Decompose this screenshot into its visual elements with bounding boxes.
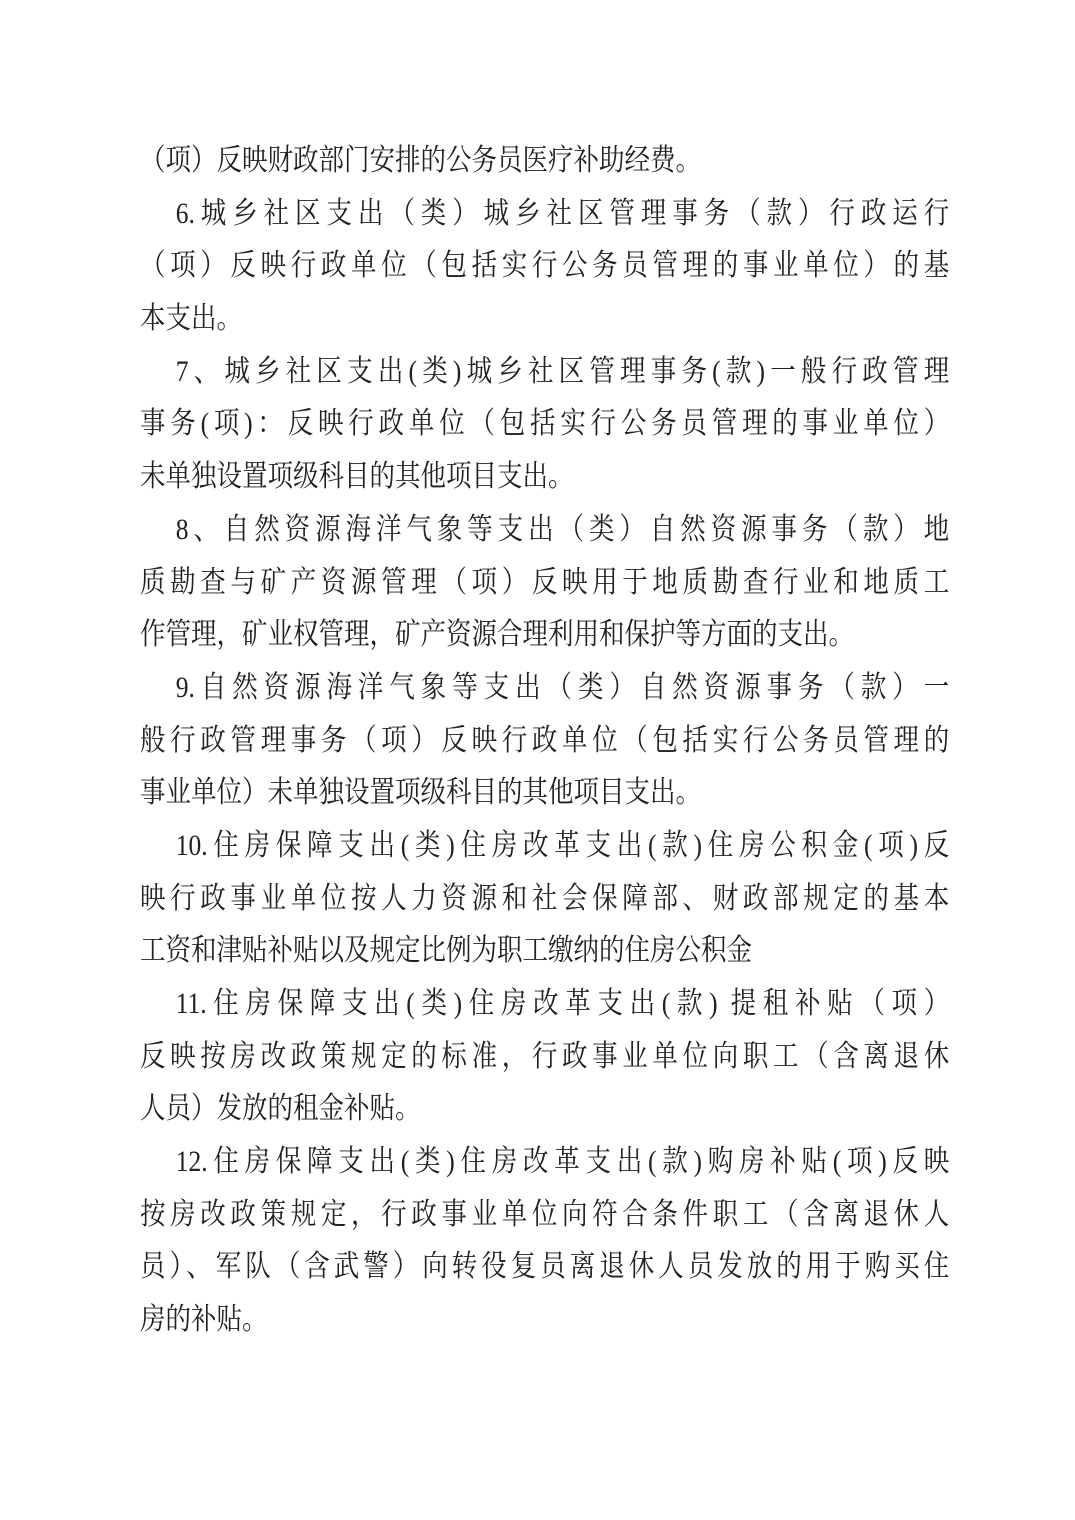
- text-line: 未单独设置项级科目的其他项目支出。: [140, 451, 949, 504]
- text-line: 工资和津贴补贴以及规定比例为职工缴纳的住房公积金: [140, 925, 949, 978]
- text-line: 11.住房保障支出(类)住房改革支出(款) 提租补贴（项）: [140, 978, 949, 1031]
- text-line: 员）、军队（含武警）向转役复员离退休人员发放的用于购买住: [140, 1241, 949, 1294]
- text-line: 6.城乡社区支出（类）城乡社区管理事务（款）行政运行: [140, 188, 949, 241]
- text-line: 作管理，矿业权管理，矿产资源合理利用和保护等方面的支出。: [140, 609, 949, 662]
- text-line: （项）反映行政单位（包括实行公务员管理的事业单位）的基: [140, 240, 949, 293]
- text-line: 反映按房改政策规定的标准，行政事业单位向职工（含离退休: [140, 1031, 949, 1084]
- text-line: 质勘查与矿产资源管理（项）反映用于地质勘查行业和地质工: [140, 557, 949, 610]
- text-line: 事业单位）未单独设置项级科目的其他项目支出。: [140, 767, 949, 820]
- text-line: 人员）发放的租金补贴。: [140, 1083, 949, 1136]
- document-page: （项）反映财政部门安排的公务员医疗补助经费。6.城乡社区支出（类）城乡社区管理事…: [0, 0, 1075, 1520]
- text-line: 10.住房保障支出(类)住房改革支出(款)住房公积金(项)反: [140, 820, 949, 873]
- text-line: （项）反映财政部门安排的公务员医疗补助经费。: [140, 135, 949, 188]
- document-body: （项）反映财政部门安排的公务员医疗补助经费。6.城乡社区支出（类）城乡社区管理事…: [140, 135, 950, 1347]
- text-line: 7、城乡社区支出(类)城乡社区管理事务(款)一般行政管理: [140, 346, 949, 399]
- text-line: 按房改政策规定，行政事业单位向符合条件职工（含离退休人: [140, 1189, 949, 1242]
- text-line: 般行政管理事务（项）反映行政单位（包括实行公务员管理的: [140, 715, 949, 768]
- text-line: 房的补贴。: [140, 1294, 949, 1347]
- text-line: 9.自然资源海洋气象等支出（类）自然资源事务（款）一: [140, 662, 949, 715]
- text-line: 8、自然资源海洋气象等支出（类）自然资源事务（款）地: [140, 504, 949, 557]
- text-line: 事务(项)：反映行政单位（包括实行公务员管理的事业单位）: [140, 398, 949, 451]
- text-line: 本支出。: [140, 293, 949, 346]
- text-line: 12.住房保障支出(类)住房改革支出(款)购房补贴(项)反映: [140, 1136, 949, 1189]
- text-line: 映行政事业单位按人力资源和社会保障部、财政部规定的基本: [140, 873, 949, 926]
